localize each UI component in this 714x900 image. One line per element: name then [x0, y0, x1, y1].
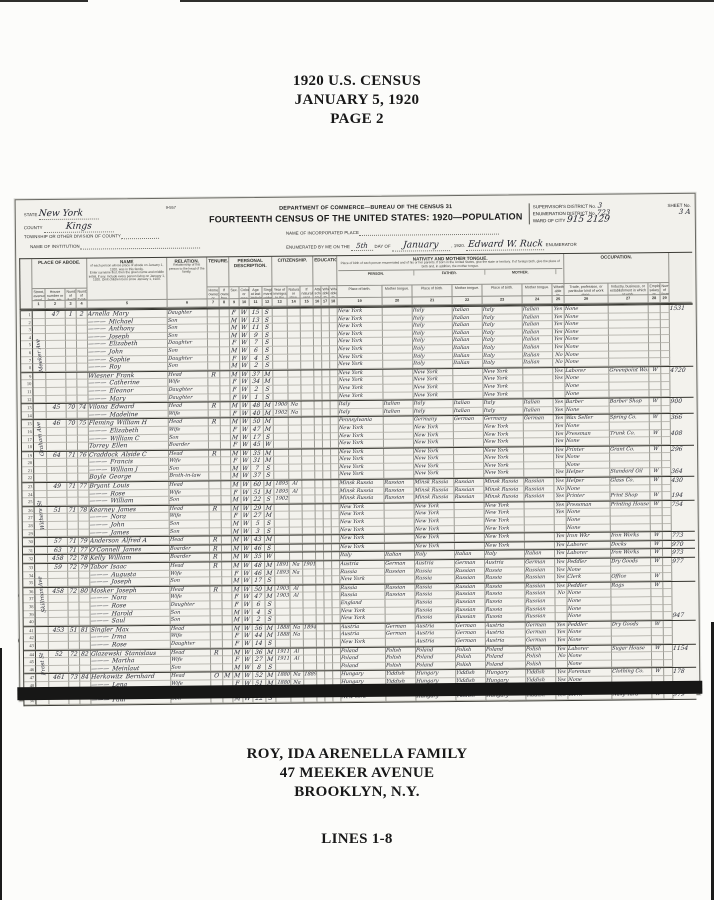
column-number: 20	[383, 297, 413, 305]
column-number: 25	[553, 296, 565, 304]
column-sublabel: Naturalized or alien.	[287, 287, 300, 299]
column-number: 8	[220, 299, 230, 307]
column-sublabel: Number of farm schedule.	[660, 283, 669, 295]
ward-value: 915 2129	[566, 217, 610, 224]
census-form-scan: STATE New York COUNTY Kings TOWNSHIP OR …	[15, 193, 701, 702]
county-field: COUNTY Kings	[24, 221, 114, 233]
column-sublabel: Color or race.	[239, 287, 249, 299]
column-number: 12	[263, 299, 273, 307]
column-number: 4	[77, 301, 88, 309]
column-number: 17	[322, 298, 330, 306]
column-sublabel: Mother tongue.	[382, 285, 412, 297]
column-sublabel: Whether able to read.	[321, 286, 329, 298]
column-sublabel: Employer, salary or wage worker, or work…	[648, 283, 660, 295]
form-header: STATE New York COUNTY Kings TOWNSHIP OR …	[16, 194, 696, 257]
column-number: 5	[88, 300, 168, 309]
column-number: 21	[413, 297, 453, 305]
dept-line: DEPARTMENT OF COMMERCE—BUREAU OF THE CEN…	[236, 204, 496, 212]
page-footer: ROY, IDA ARENELLA FAMILY 47 MEEKER AVENU…	[0, 745, 714, 802]
scanned-census-page: { "page": { "title_lines": ["1920 U.S. C…	[0, 0, 714, 900]
column-sublabel: Whether able to speak English.	[552, 284, 564, 296]
column-number: 18	[330, 298, 338, 306]
column-number: 3	[66, 301, 77, 309]
column-sublabel: If owned, free or mortgaged.	[219, 287, 229, 299]
column-sublabel: Place of birth.	[482, 284, 522, 296]
footer-line: ROY, IDA ARENELLA FAMILY	[0, 745, 714, 764]
scan-edge-gap	[88, 0, 180, 3]
column-sublabel: Place of birth.	[412, 285, 452, 297]
street-name-vertical: Graham Ave	[34, 401, 48, 477]
group-citizenship: CITIZENSHIP.	[272, 256, 313, 286]
column-sublabel: Whether able to write.	[329, 286, 337, 298]
township-field: TOWNSHIP OR OTHER DIVISION OF COUNTY	[24, 233, 159, 240]
page-title: 1920 U.S. CENSUS JANUARY 5, 1920 PAGE 2	[0, 72, 714, 129]
street-name-vertical: Withers St	[34, 477, 48, 553]
title-line: JANUARY 5, 1920	[0, 91, 714, 110]
column-sublabel: Street, avenue, road, etc.	[32, 289, 45, 301]
column-number: 6	[168, 299, 208, 307]
column-sublabel: Number of dwelling house in order of vis…	[65, 289, 76, 301]
column-sublabel: Number of family in order of visitation.	[76, 289, 87, 301]
subgroup-person: PERSON.	[338, 271, 414, 277]
enumerator-name: Edward W. Ruck	[467, 239, 543, 250]
column-number: 9	[230, 299, 240, 307]
column-number: 28	[649, 295, 661, 303]
county-value: Kings	[66, 222, 93, 232]
column-sublabel: If naturalized, year of naturalization.	[300, 286, 313, 298]
table-header: PLACE OF ABODE. NAME of each person whos…	[19, 252, 692, 310]
group-occupation: OCCUPATION.	[564, 253, 669, 284]
stock-number: 9-557	[166, 205, 176, 210]
column-number: 10	[240, 299, 250, 307]
column-number: 27	[609, 295, 649, 303]
column-number: 23	[483, 296, 523, 304]
state-field: STATE New York	[24, 208, 99, 220]
subgroup-father: FATHER.	[414, 270, 485, 276]
column-number: 13	[273, 299, 288, 307]
district-box: SUPERVISOR'S DISTRICT No. 3 SHEET No. EN…	[529, 202, 691, 225]
incorporated-place-field: NAME OF INCORPORATED PLACE	[286, 229, 499, 237]
title-line: 1920 U.S. CENSUS	[0, 72, 714, 91]
column-number: 2	[46, 301, 66, 309]
column-number: 26	[565, 296, 609, 304]
column-number: 22	[453, 297, 483, 305]
table-rows: 14712Arnella MaryDaughterFW15SNew YorkIt…	[20, 304, 697, 706]
column-sublabel: Sex.	[229, 287, 239, 299]
column-number: 15	[301, 298, 314, 306]
column-sublabel: Age at last birthday.	[249, 287, 262, 299]
enum-day: 5th	[356, 242, 369, 250]
column-number: 24	[523, 296, 553, 304]
column-number: 1	[33, 301, 46, 309]
institution-field: NAME OF INSTITUTION	[30, 243, 200, 251]
group-nativity: NATIVITY AND MOTHER TONGUE. Place of bir…	[337, 254, 564, 286]
group-place-of-abode: PLACE OF ABODE.	[32, 259, 87, 290]
form-title: FOURTEENTH CENSUS OF THE UNITED STATES: …	[176, 211, 556, 225]
sheet-value: 3 A	[679, 209, 691, 216]
subgroup-mother: MOTHER.	[485, 269, 556, 275]
group-personal-description: PERSONAL DESCRIPTION.	[229, 257, 272, 287]
enumerated-line: ENUMERATED BY ME ON THE 5th DAY OF Janua…	[286, 239, 577, 253]
column-number: 29	[661, 295, 670, 303]
dept-no: 31	[446, 204, 453, 210]
state-value: New York	[38, 209, 83, 219]
column-sublabel: Home owned or rented.	[207, 287, 219, 299]
column-number: 16	[314, 298, 322, 306]
column-sublabel: Year of immigration to the United States…	[272, 287, 287, 299]
column-sublabel: Mother tongue.	[452, 285, 482, 297]
street-name-vertical: Skillman Ave	[35, 553, 49, 637]
footer-line: 47 MEEKER AVENUE	[0, 764, 714, 783]
column-sublabel: House number or farm, etc.	[45, 289, 65, 301]
street-name-vertical: Meeker Ave	[33, 310, 47, 401]
census-table: PLACE OF ABODE. NAME of each person whos…	[19, 252, 696, 706]
column-sublabel: Mother tongue.	[522, 284, 552, 296]
column-number: 11	[250, 299, 263, 307]
street-name-vertical: Frost St	[36, 637, 50, 690]
column-sublabel: Attended school any time since Sept. 1, …	[313, 286, 321, 298]
group-tenure: TENURE.	[207, 257, 229, 287]
column-sublabel: Single, married, widowed, or divorced.	[262, 287, 272, 299]
column-number: 14	[288, 299, 301, 307]
column-sublabel: Industry, business, or establishment in …	[608, 283, 648, 295]
group-education: EDUCATION.	[313, 256, 337, 286]
title-line: PAGE 2	[0, 110, 714, 129]
column-number: 19	[338, 298, 383, 306]
enum-month: January	[403, 240, 439, 250]
footer-lines-note: LINES 1-8	[0, 830, 714, 849]
group-relation: RELATION. Relationship of this person to…	[167, 257, 207, 299]
column-sublabel: Place of birth.	[337, 286, 382, 298]
group-name: NAME of each person whose place of abode…	[87, 258, 167, 301]
footer-line: BROOKLYN, N.Y.	[0, 783, 714, 802]
column-sublabel: Trade, profession, or particular kind of…	[564, 284, 608, 296]
column-number: 7	[208, 299, 220, 307]
